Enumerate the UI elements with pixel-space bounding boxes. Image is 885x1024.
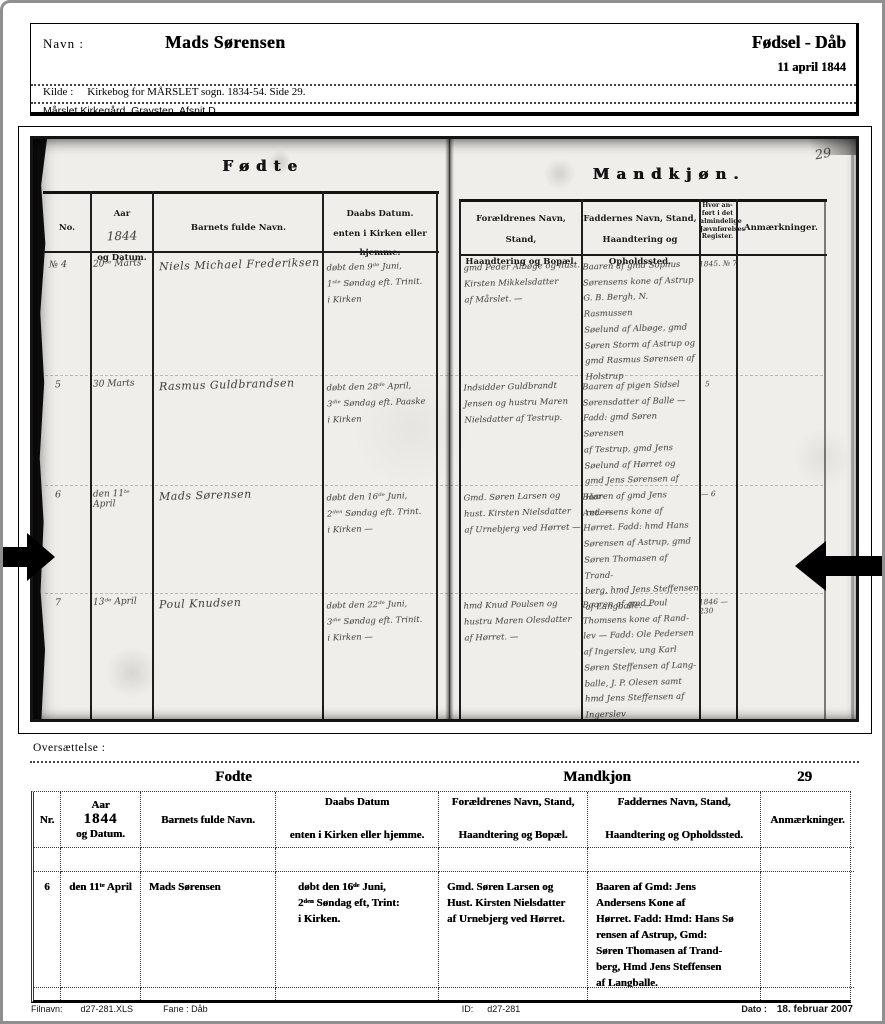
col-header-aar: Aar 1844 og Datum. bbox=[61, 792, 141, 848]
translation-titles: Fodte Mandkjon 29 bbox=[31, 769, 851, 791]
scan-col-anm: Anmærkninger. bbox=[739, 223, 823, 233]
scan-frame: 29 Fødte Mandkjøn. No. Aar 1844 og D bbox=[18, 126, 872, 734]
column-line bbox=[459, 199, 461, 719]
hw-row-foraeldre: gmd Peder Albøge og hust. Kirsten Mikkel… bbox=[463, 257, 582, 309]
column-line bbox=[736, 199, 738, 719]
file-label: Filnavn: bbox=[31, 1004, 63, 1014]
hw-row-nr: 5 bbox=[55, 379, 89, 391]
spacer-cell bbox=[588, 848, 761, 872]
spacer-cell bbox=[141, 988, 276, 1000]
source-line: Kilde :Kirkebog for MÅRSLET sogn. 1834-5… bbox=[43, 86, 306, 98]
translation-page-number: 29 bbox=[758, 769, 851, 791]
person-name: Mads Sørensen bbox=[165, 32, 285, 53]
translation-right-title: Mandkjon bbox=[436, 769, 758, 791]
translation-label: Oversættelse : bbox=[33, 742, 105, 754]
row-faddere: Baaren af Gmd: Jens Andersens Kone af Hø… bbox=[588, 872, 761, 988]
footer-file-info: Filnavn:d27-281.XLSFane : Dåb bbox=[31, 1004, 361, 1014]
hw-row-faddere: Baaren af gmd Poul Thomsens kone af Rand… bbox=[582, 595, 699, 722]
hw-row-nr: 6 bbox=[55, 489, 89, 501]
spacer-cell bbox=[439, 988, 588, 1000]
hw-row-navn: Niels Michael Frederiksen bbox=[159, 256, 321, 274]
translation-table: Fodte Mandkjon 29 Nr. Aar 1844 og Datum.… bbox=[31, 769, 851, 1003]
hw-row-dato: den 11ᵗᵉ April bbox=[93, 488, 156, 510]
church-book-scan: 29 Fødte Mandkjøn. No. Aar 1844 og D bbox=[30, 136, 859, 722]
translation-left-title: Fodte bbox=[31, 769, 436, 791]
arrow-right-icon bbox=[3, 531, 55, 583]
row-line bbox=[45, 593, 823, 594]
source-label: Kilde : bbox=[43, 86, 73, 98]
spacer-cell bbox=[276, 988, 439, 1000]
scan-binding-edge bbox=[33, 139, 47, 719]
col-header-daab: Daabs Datum enten i Kirken eller hjemme. bbox=[276, 792, 439, 848]
event-date: 11 april 1844 bbox=[777, 60, 846, 75]
spacer-cell bbox=[61, 848, 141, 872]
record-page: Navn : Mads Sørensen Fødsel - Dåb 11 apr… bbox=[0, 0, 885, 1024]
spacer-cell bbox=[276, 848, 439, 872]
hw-row-navn: Mads Sørensen bbox=[159, 486, 321, 504]
tab-value: Dåb bbox=[191, 1004, 208, 1014]
hw-row-navn: Poul Knudsen bbox=[159, 594, 321, 612]
col-header-aar-datum: og Datum. bbox=[76, 828, 125, 840]
column-line bbox=[322, 191, 324, 719]
source-value: Kirkebog for MÅRSLET sogn. 1834-54. Side… bbox=[87, 86, 305, 98]
hw-row-dato: 20ᵈᵉ Marts bbox=[93, 258, 153, 270]
row-navn: Mads Sørensen bbox=[141, 872, 276, 988]
arrow-left-icon bbox=[795, 539, 885, 593]
row-line bbox=[45, 375, 823, 376]
header-box: Navn : Mads Sørensen Fødsel - Dåb 11 apr… bbox=[30, 23, 859, 116]
scan-col-aar-year: 1844 bbox=[93, 228, 151, 244]
header-row-1: Navn : Mads Sørensen Fødsel - Dåb bbox=[43, 32, 846, 53]
scan-page-number: 29 bbox=[814, 146, 833, 164]
row-dato: den 11ᵗᵉ April bbox=[61, 872, 141, 988]
hw-row-daab: døbt den 16ᵈᵉ Juni, 2ᵈᵉⁿ Søndag eft. Tri… bbox=[326, 487, 437, 538]
scan-margin-line bbox=[851, 139, 854, 719]
column-line bbox=[699, 199, 701, 719]
hw-row-foraeldre: hmd Knud Poulsen og hustru Maren Olesdat… bbox=[463, 595, 582, 647]
spacer-cell bbox=[761, 848, 854, 872]
book-gutter bbox=[445, 139, 454, 719]
rule bbox=[459, 199, 827, 202]
rule bbox=[43, 191, 439, 194]
id-value: d27-281 bbox=[487, 1004, 520, 1014]
translation-grid: Nr. Aar 1844 og Datum. Barnets fulde Nav… bbox=[31, 791, 851, 1003]
scan-col-aar-word: Aar bbox=[93, 209, 151, 219]
scan-col-no: No. bbox=[47, 223, 87, 233]
hw-row-dato: 13ᵈᵉ April bbox=[93, 596, 153, 608]
spacer-cell bbox=[588, 988, 761, 1000]
hw-row-hvor: 1846 — 230 bbox=[699, 596, 739, 615]
hw-row-daab: døbt den 28ᵈᵉ April, 3ᵈⁱᵉ Søndag eft. Pa… bbox=[326, 377, 437, 428]
id-label: ID: bbox=[462, 1004, 474, 1014]
col-header-aar-year: 1844 bbox=[84, 811, 118, 828]
hw-row-dato: 30 Marts bbox=[93, 378, 153, 390]
cemetery-line: Mårslet Kirkegård. Gravsten. Afsnit D. bbox=[43, 105, 219, 117]
footer-date: Dato :18. februar 2007 bbox=[741, 1004, 853, 1015]
scan-left-title: Fødte bbox=[161, 157, 365, 175]
row-daab: døbt den 16ᵈᵉ Juni, 2ᵈᵉⁿ Søndag eft, Tri… bbox=[276, 872, 439, 988]
col-header-nr: Nr. bbox=[34, 792, 61, 848]
col-header-faddere-2: Haandtering og Opholdssted. bbox=[605, 829, 743, 841]
row-anm bbox=[761, 872, 854, 988]
date-label: Dato : bbox=[741, 1004, 767, 1014]
hw-row-hvor: 1845. № 7 bbox=[699, 258, 739, 268]
divider bbox=[31, 102, 856, 104]
row-line bbox=[45, 485, 823, 486]
col-header-foraeldre: Forældrenes Navn, Stand, Haandtering og … bbox=[439, 792, 588, 848]
column-line bbox=[90, 191, 92, 719]
file-value: d27-281.XLS bbox=[81, 1004, 134, 1014]
col-header-faddere-1: Faddernes Navn, Stand, bbox=[617, 796, 730, 808]
hw-row-daab: døbt den 9ᵈᵉ Juni, 1ˢᵗᵉ Søndag eft. Trin… bbox=[326, 257, 437, 308]
footer: Filnavn:d27-281.XLSFane : Dåb ID:d27-281… bbox=[31, 1004, 853, 1015]
col-header-anm: Anmærkninger. bbox=[761, 792, 854, 848]
col-header-daab-2: enten i Kirken eller hjemme. bbox=[290, 829, 425, 841]
hw-row-hvor: — 6 bbox=[701, 488, 737, 498]
spacer-cell bbox=[34, 848, 61, 872]
col-header-foraeldre-2: Haandtering og Bopæl. bbox=[458, 829, 567, 841]
footer-id: ID:d27-281 bbox=[361, 1004, 621, 1014]
spacer-cell bbox=[761, 988, 854, 1000]
column-line bbox=[152, 191, 154, 719]
hw-row-nr: 7 bbox=[55, 597, 89, 609]
column-line bbox=[824, 199, 826, 719]
hw-row-foraeldre: Gmd. Søren Larsen og hust. Kirsten Niels… bbox=[463, 487, 582, 539]
hw-row-nr: № 4 bbox=[49, 258, 89, 270]
hw-row-daab: døbt den 22ᵈᵉ Juni, 3ᵈⁱᵉ Søndag eft. Tri… bbox=[326, 595, 437, 646]
hw-row-navn: Rasmus Guldbrandsen bbox=[159, 376, 321, 394]
spacer-cell bbox=[61, 988, 141, 1000]
tab-label: Fane : bbox=[163, 1004, 189, 1014]
divider bbox=[30, 761, 859, 763]
scan-col-register: Hvor an- ført i det almindelige Jævnføre… bbox=[700, 202, 735, 241]
name-label: Navn : bbox=[43, 36, 165, 52]
row-nr: 6 bbox=[34, 872, 61, 988]
event-title: Fødsel - Dåb bbox=[752, 32, 846, 53]
date-value: 18. februar 2007 bbox=[777, 1004, 853, 1015]
col-header-daab-1: Daabs Datum bbox=[325, 796, 389, 808]
hw-row-faddere: Baaren af gmd Sophus Sørensens kone af A… bbox=[582, 257, 699, 386]
spacer-cell bbox=[34, 988, 61, 1000]
col-header-aar-word: Aar bbox=[91, 799, 109, 811]
scan-col-navn: Barnets fulde Navn. bbox=[157, 223, 320, 233]
spacer-cell bbox=[141, 848, 276, 872]
col-header-navn: Barnets fulde Navn. bbox=[141, 792, 276, 848]
hw-row-hvor: 5 bbox=[705, 379, 735, 389]
scan-right-title: Mandkjøn. bbox=[549, 165, 789, 183]
row-foraeldre: Gmd. Søren Larsen og Hust. Kirsten Niels… bbox=[439, 872, 588, 988]
hw-row-foraeldre: Indsidder Guldbrandt Jensen og hustru Ma… bbox=[463, 377, 582, 429]
scan-col-daab: Daabs Datum. enten i Kirken eller hjemme… bbox=[325, 205, 435, 264]
col-header-faddere: Faddernes Navn, Stand, Haandtering og Op… bbox=[588, 792, 761, 848]
col-header-foraeldre-1: Forældrenes Navn, Stand, bbox=[452, 796, 575, 808]
spacer-cell bbox=[439, 848, 588, 872]
